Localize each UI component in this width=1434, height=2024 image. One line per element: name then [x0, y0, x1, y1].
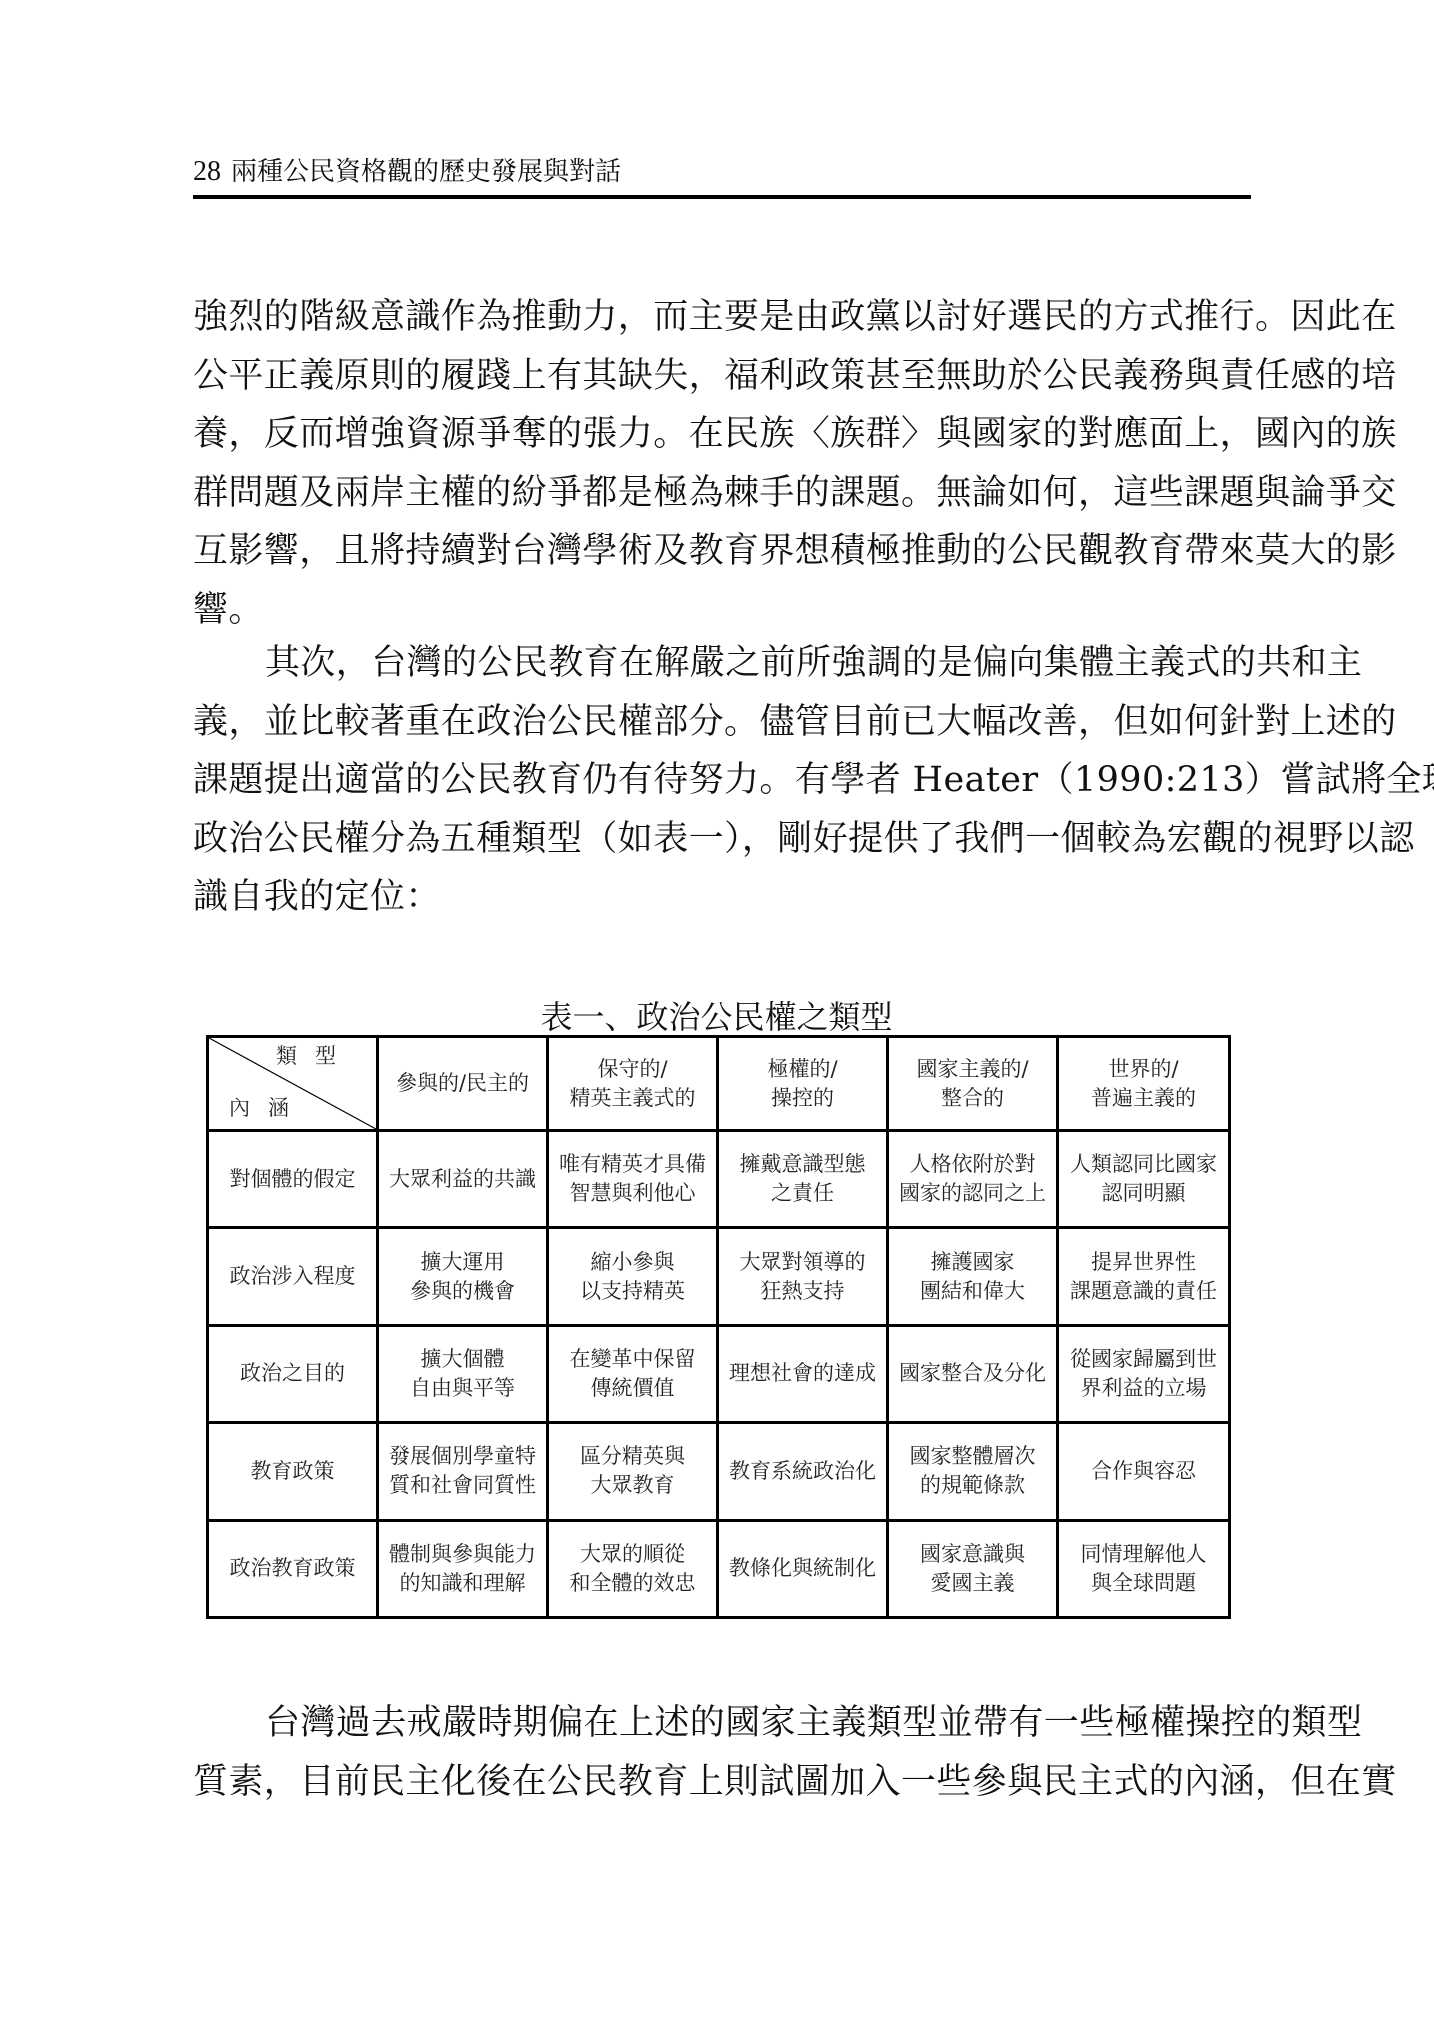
- text-line: 公平正義原則的履踐上有其缺失，福利政策甚至無助於公民義務與責任感的培: [193, 347, 1251, 406]
- column-header: 保守的/精英主義式的: [548, 1037, 718, 1131]
- text-line: 群問題及兩岸主權的紛爭都是極為棘手的課題。無論如何，這些課題與論爭交: [193, 464, 1251, 523]
- table-header-row: 類型 內涵 參與的/民主的 保守的/精英主義式的 極權的/操控的 國家主義的/整…: [208, 1037, 1230, 1131]
- table-cell: 擴大運用參與的機會: [378, 1228, 548, 1325]
- table-row: 教育政策 發展個別學童特質和社會同質性 區分精英與大眾教育 教育系統政治化 國家…: [208, 1423, 1230, 1520]
- header-rule: [193, 195, 1251, 199]
- paragraph-1: 強烈的階級意識作為推動力，而主要是由政黨以討好選民的方式推行。因此在 公平正義原…: [193, 288, 1251, 639]
- table-cell: 大眾對領導的狂熱支持: [718, 1228, 888, 1325]
- table-cell: 提昇世界性課題意識的責任: [1058, 1228, 1230, 1325]
- text-line: 互影響，且將持續對台灣學術及教育界想積極推動的公民觀教育帶來莫大的影: [193, 522, 1251, 581]
- column-header: 世界的/普遍主義的: [1058, 1037, 1230, 1131]
- citizenship-types-table: 類型 內涵 參與的/民主的 保守的/精英主義式的 極權的/操控的 國家主義的/整…: [206, 1035, 1231, 1619]
- table-cell: 體制與參與能力的知識和理解: [378, 1520, 548, 1617]
- table-cell: 擁護國家團結和偉大: [888, 1228, 1058, 1325]
- table-cell: 大眾的順從和全體的效忠: [548, 1520, 718, 1617]
- running-head: 28兩種公民資格觀的歷史發展與對話: [193, 152, 1240, 192]
- table-cell: 發展個別學童特質和社會同質性: [378, 1423, 548, 1520]
- corner-label-content: 內涵: [229, 1094, 307, 1123]
- paragraph-3: 台灣過去戒嚴時期偏在上述的國家主義類型並帶有一些極權操控的類型 質素，目前民主化…: [193, 1694, 1251, 1811]
- table-cell: 區分精英與大眾教育: [548, 1423, 718, 1520]
- table-cell: 理想社會的達成: [718, 1325, 888, 1422]
- table-row: 政治涉入程度 擴大運用參與的機會 縮小參與以支持精英 大眾對領導的狂熱支持 擁護…: [208, 1228, 1230, 1325]
- column-header: 參與的/民主的: [378, 1037, 548, 1131]
- text-line: 養，反而增強資源爭奪的張力。在民族〈族群〉與國家的對應面上，國內的族: [193, 405, 1251, 464]
- text-line: 強烈的階級意識作為推動力，而主要是由政黨以討好選民的方式推行。因此在: [193, 288, 1251, 347]
- table-cell: 唯有精英才具備智慧與利他心: [548, 1131, 718, 1228]
- table-cell: 大眾利益的共識: [378, 1131, 548, 1228]
- text-line: 義，並比較著重在政治公民權部分。儘管目前已大幅改善，但如何針對上述的: [193, 693, 1251, 752]
- text-line: 識自我的定位：: [193, 868, 1251, 927]
- row-header: 政治之目的: [208, 1325, 378, 1422]
- text-line: 其次，台灣的公民教育在解嚴之前所強調的是偏向集體主義式的共和主: [193, 634, 1251, 693]
- table-cell: 國家整合及分化: [888, 1325, 1058, 1422]
- corner-header-cell: 類型 內涵: [208, 1037, 378, 1131]
- running-head-title: 兩種公民資格觀的歷史發展與對話: [231, 157, 621, 187]
- table-row: 政治教育政策 體制與參與能力的知識和理解 大眾的順從和全體的效忠 教條化與統制化…: [208, 1520, 1230, 1617]
- row-header: 對個體的假定: [208, 1131, 378, 1228]
- table-cell: 從國家歸屬到世界利益的立場: [1058, 1325, 1230, 1422]
- table-cell: 合作與容忍: [1058, 1423, 1230, 1520]
- text-line: 政治公民權分為五種類型（如表一），剛好提供了我們一個較為宏觀的視野以認: [193, 810, 1251, 869]
- table-cell: 人類認同比國家認同明顯: [1058, 1131, 1230, 1228]
- table-row: 政治之目的 擴大個體自由與平等 在變革中保留傳統價值 理想社會的達成 國家整合及…: [208, 1325, 1230, 1422]
- text-line: 台灣過去戒嚴時期偏在上述的國家主義類型並帶有一些極權操控的類型: [193, 1694, 1251, 1753]
- page-number: 28: [193, 156, 221, 187]
- row-header: 政治教育政策: [208, 1520, 378, 1617]
- table-cell: 教條化與統制化: [718, 1520, 888, 1617]
- column-header: 國家主義的/整合的: [888, 1037, 1058, 1131]
- table-cell: 擁戴意識型態之責任: [718, 1131, 888, 1228]
- text-line: 課題提出適當的公民教育仍有待努力。有學者 Heater（1990:213）嘗試將…: [193, 751, 1251, 810]
- row-header: 教育政策: [208, 1423, 378, 1520]
- table-cell: 教育系統政治化: [718, 1423, 888, 1520]
- column-header: 極權的/操控的: [718, 1037, 888, 1131]
- table-caption: 表一、政治公民權之類型: [206, 998, 1227, 1036]
- table-cell: 在變革中保留傳統價值: [548, 1325, 718, 1422]
- table-cell: 縮小參與以支持精英: [548, 1228, 718, 1325]
- table-cell: 國家意識與愛國主義: [888, 1520, 1058, 1617]
- table-cell: 同情理解他人與全球問題: [1058, 1520, 1230, 1617]
- table-row: 對個體的假定 大眾利益的共識 唯有精英才具備智慧與利他心 擁戴意識型態之責任 人…: [208, 1131, 1230, 1228]
- paragraph-2: 其次，台灣的公民教育在解嚴之前所強調的是偏向集體主義式的共和主 義，並比較著重在…: [193, 634, 1251, 927]
- row-header: 政治涉入程度: [208, 1228, 378, 1325]
- table-cell: 擴大個體自由與平等: [378, 1325, 548, 1422]
- table-cell: 國家整體層次的規範條款: [888, 1423, 1058, 1520]
- corner-label-type: 類型: [276, 1042, 354, 1071]
- text-line: 響。: [193, 581, 1251, 640]
- table-cell: 人格依附於對國家的認同之上: [888, 1131, 1058, 1228]
- text-line: 質素，目前民主化後在公民教育上則試圖加入一些參與民主式的內涵，但在實: [193, 1753, 1251, 1812]
